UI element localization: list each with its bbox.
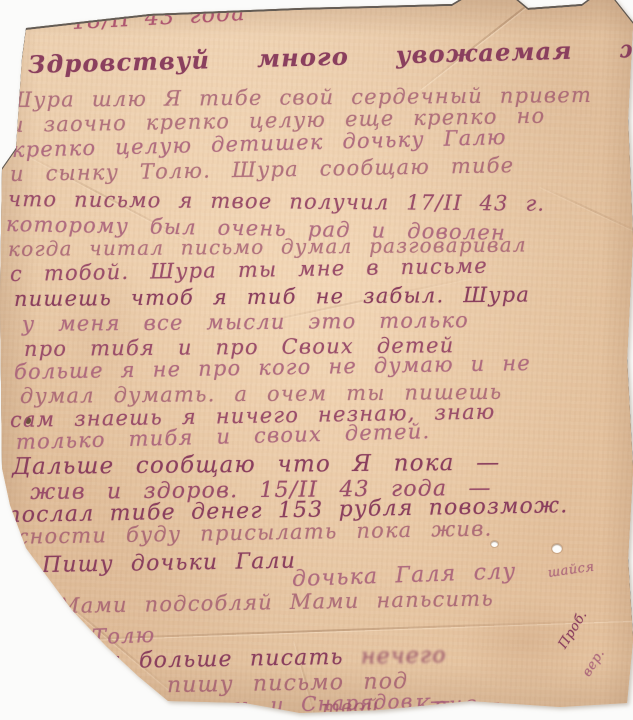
letter-line: что письмо я твое получил 17/II 43 г. <box>8 187 545 216</box>
children-line: Толю <box>92 623 156 649</box>
children-line: Пишу дочьки Гали <box>42 549 297 578</box>
scanner-blue-mark <box>598 714 606 717</box>
paper-hole <box>552 544 562 553</box>
paper-hole-small <box>491 541 498 547</box>
letter-line: пишешь чтоб я тиб не забыл. Шура <box>14 282 530 311</box>
greeting-line: Здровствуй много увожаемая жень <box>28 32 633 79</box>
date-line: 18/II 43 года <box>71 1 246 35</box>
closing-line: разрывом пуль и Снарядов — <box>70 688 452 720</box>
margin-note: Проб. <box>556 608 591 652</box>
letter-paper: 18/II 43 года Здровствуй много увожаемая… <box>0 0 633 720</box>
margin-note: вер. <box>580 646 608 679</box>
signature-kiss: Целую <box>182 697 256 720</box>
crease-right <box>540 185 633 238</box>
letter-line: у меня все мысли это только <box>22 308 469 336</box>
children-line: Мами подсобляй Мами напьсить <box>58 586 494 618</box>
signature-name: Крив— <box>414 689 503 718</box>
scanned-letter-image: 18/II 43 года Здровствуй много увожаемая… <box>0 0 633 720</box>
signature-yours: твой <box>322 695 380 719</box>
letter-line: Дальше сообщаю что Я пока — <box>12 450 500 480</box>
interline-note: шайся <box>547 560 595 581</box>
closing-smudged-word: нечего <box>361 643 447 669</box>
paper-shadow-wrap: 18/II 43 года Здровствуй много увожаемая… <box>0 0 633 720</box>
